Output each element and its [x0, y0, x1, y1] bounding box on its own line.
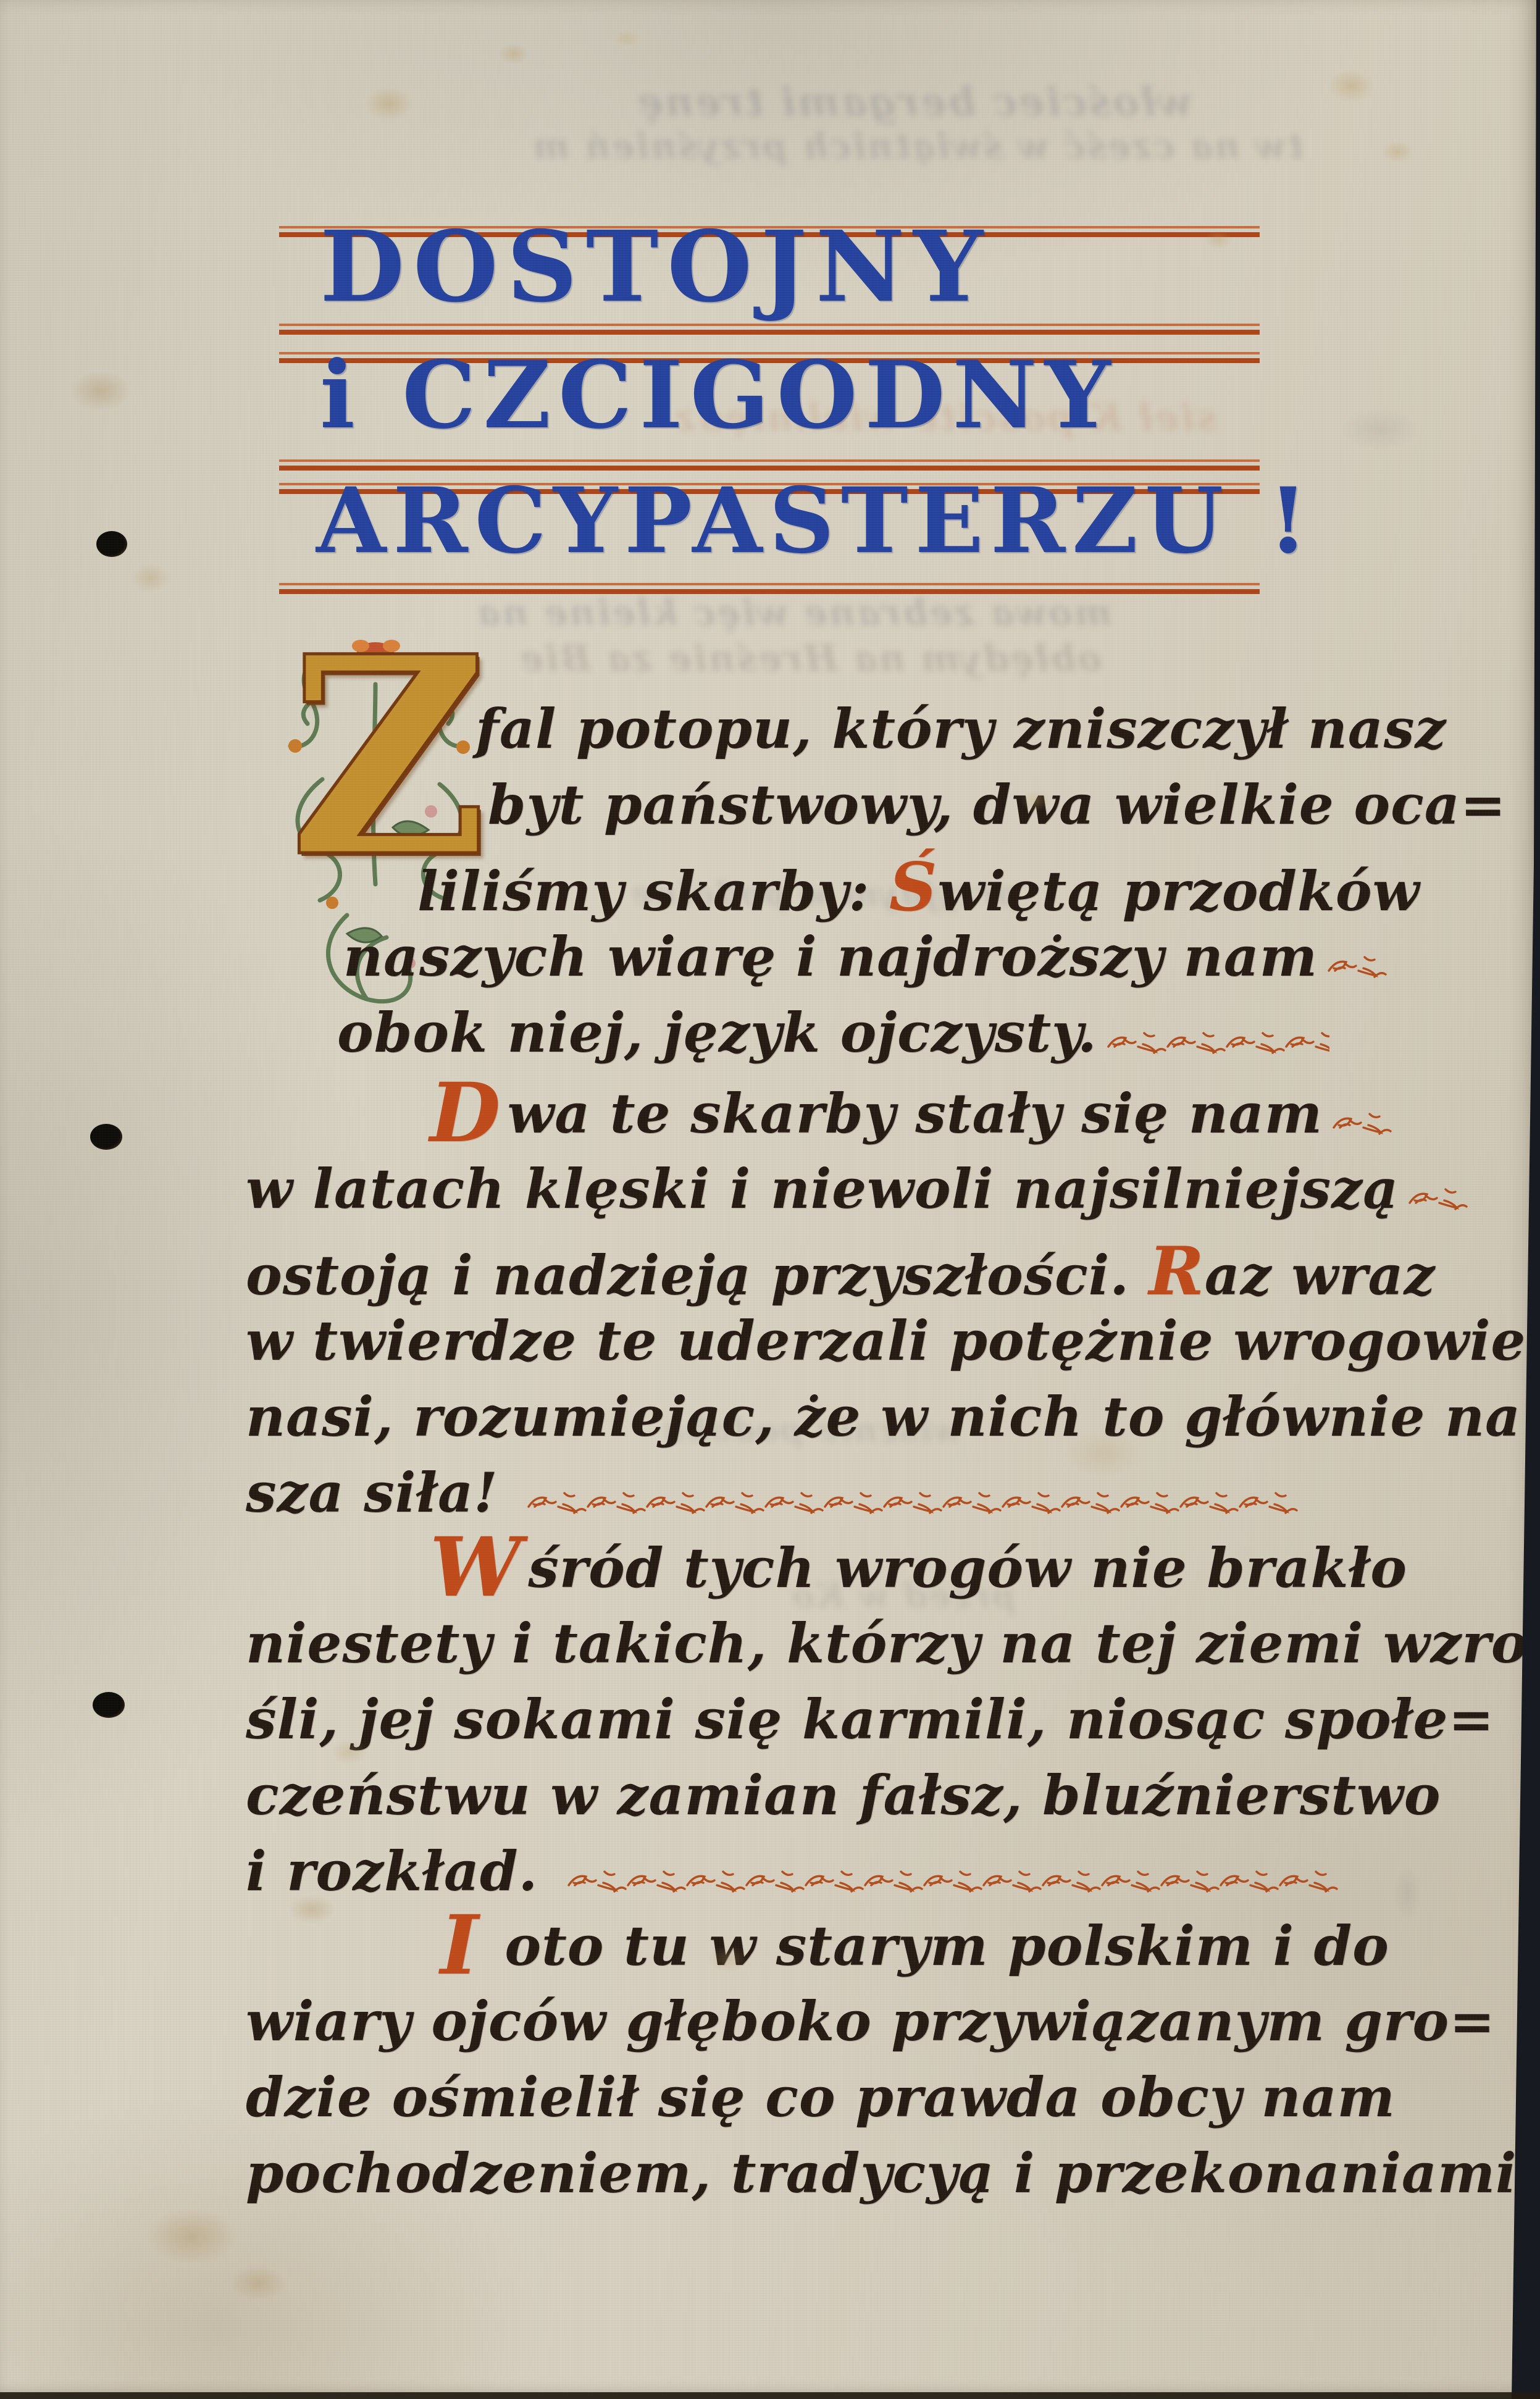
rubricated-letter: D: [430, 1065, 501, 1161]
text-line: dzie ośmielił się co prawda obcy nam: [246, 2065, 1303, 2141]
paragraph-2: Dwa te skarby stały się namw latach klęs…: [246, 1081, 1303, 1536]
text-segment: w twierdze te uderzali potężnie wrogowie: [246, 1308, 1526, 1373]
text-segment: naszych wiarę i najdroższy nam: [343, 924, 1318, 989]
rubricated-letter: R: [1149, 1233, 1204, 1310]
text-segment: ostoją i nadzieją przyszłości.: [246, 1243, 1149, 1307]
text-segment: obok niej, język ojczysty.: [337, 1000, 1097, 1065]
punch-hole: [96, 531, 127, 557]
text-segment: byt państwowy, dwa wielkie oca=: [488, 772, 1506, 837]
punch-hole: [90, 1124, 122, 1150]
text-line: byt państwowy, dwa wielkie oca=: [488, 772, 1303, 848]
text-line: nasi, rozumiejąc, że w nich to głównie n…: [246, 1384, 1303, 1460]
title-line-3: ARCYPASTERZU !: [316, 468, 1315, 574]
text-line: sza siła!: [246, 1460, 1303, 1536]
text-segment: liliśmy skarby:: [417, 859, 889, 923]
text-line: i rozkład.: [246, 1839, 1303, 1915]
text-segment: pochodzeniem, tradycyą i przekonaniami: [246, 2141, 1517, 2205]
flourish-icon: [1107, 1004, 1329, 1068]
double-rule: [279, 583, 1260, 594]
scan-edge-bottom: [0, 2392, 1540, 2399]
text-line: czeństwu w zamian fałsz, bluźnierstwo: [246, 1763, 1303, 1839]
text-segment: i rozkład.: [246, 1839, 558, 1903]
rubricated-letter: I: [440, 1898, 479, 1993]
text-line: śli, jej sokami się karmili, niosąc społ…: [246, 1687, 1303, 1763]
text-segment: w latach klęski i niewoli najsilniejszą: [246, 1157, 1399, 1221]
text-line: pochodzeniem, tradycyą i przekonaniami: [246, 2141, 1303, 2217]
flourish-icon: [567, 1843, 1339, 1907]
text-segment: fal potopu, który zniszczył nasz: [475, 697, 1446, 761]
double-rule: [279, 324, 1260, 335]
flourish-icon: [527, 1464, 1299, 1528]
title-line-1: DOSTOJNY: [320, 210, 992, 324]
text-line: I oto tu w starym polskim i do: [440, 1913, 1303, 1989]
text-segment: wiary ojców głęboko przywiązanym gro=: [246, 1989, 1496, 2053]
text-line: niestety i takich, którzy na tej ziemi w…: [246, 1611, 1303, 1687]
text-segment: niestety i takich, którzy na tej ziemi w…: [246, 1611, 1540, 1675]
rubricated-letter: Ś: [889, 848, 938, 926]
punch-hole: [93, 1692, 125, 1718]
text-line: liliśmy skarby: Świętą przodków: [417, 848, 1303, 924]
text-segment: az wraz: [1205, 1243, 1436, 1307]
flourish-icon: [1328, 928, 1387, 992]
text-segment: nasi, rozumiejąc, że w nich to głównie n…: [246, 1384, 1540, 1449]
text-segment: oto tu w starym polskim i do: [485, 1914, 1389, 1978]
paragraph-1: fal potopu, który zniszczył naszbyt pańs…: [246, 697, 1303, 1076]
text-segment: dzie ośmielił się co prawda obcy nam: [246, 2065, 1396, 2129]
text-line: w twierdze te uderzali potężnie wrogowie: [246, 1308, 1303, 1384]
text-segment: śród tych wrogów nie brakło: [528, 1536, 1407, 1600]
text-line: fal potopu, który zniszczył nasz: [475, 697, 1303, 772]
paragraph-4: I oto tu w starym polskim i dowiary ojcó…: [246, 1913, 1303, 2217]
text-segment: czeństwu w zamian fałsz, bluźnierstwo: [246, 1763, 1441, 1827]
paragraph-3: Wśród tych wrogów nie brakłoniestety i t…: [246, 1535, 1303, 1915]
flourish-icon: [1333, 1085, 1392, 1149]
scanned-document-page: włościec bergami trenętw na cześć w świą…: [0, 0, 1540, 2399]
text-line: Wśród tych wrogów nie brakło: [430, 1535, 1303, 1611]
text-segment: sza siła!: [246, 1460, 517, 1525]
title-line-2: i CZCIGODNY: [320, 341, 1118, 450]
text-segment: śli, jej sokami się karmili, niosąc społ…: [246, 1687, 1494, 1751]
text-line: ostoją i nadzieją przyszłości. Raz wraz: [246, 1233, 1303, 1308]
text-line: wiary ojców głęboko przywiązanym gro=: [246, 1989, 1303, 2065]
text-segment: wa te skarby stały się nam: [507, 1081, 1322, 1145]
text-line: w latach klęski i niewoli najsilniejszą: [246, 1157, 1303, 1233]
text-line: Dwa te skarby stały się nam: [430, 1081, 1303, 1157]
text-line: naszych wiarę i najdroższy nam: [343, 924, 1303, 1000]
flourish-icon: [1408, 1160, 1468, 1225]
text-segment: więtą przodków: [937, 859, 1420, 923]
rubricated-letter: W: [430, 1520, 522, 1615]
